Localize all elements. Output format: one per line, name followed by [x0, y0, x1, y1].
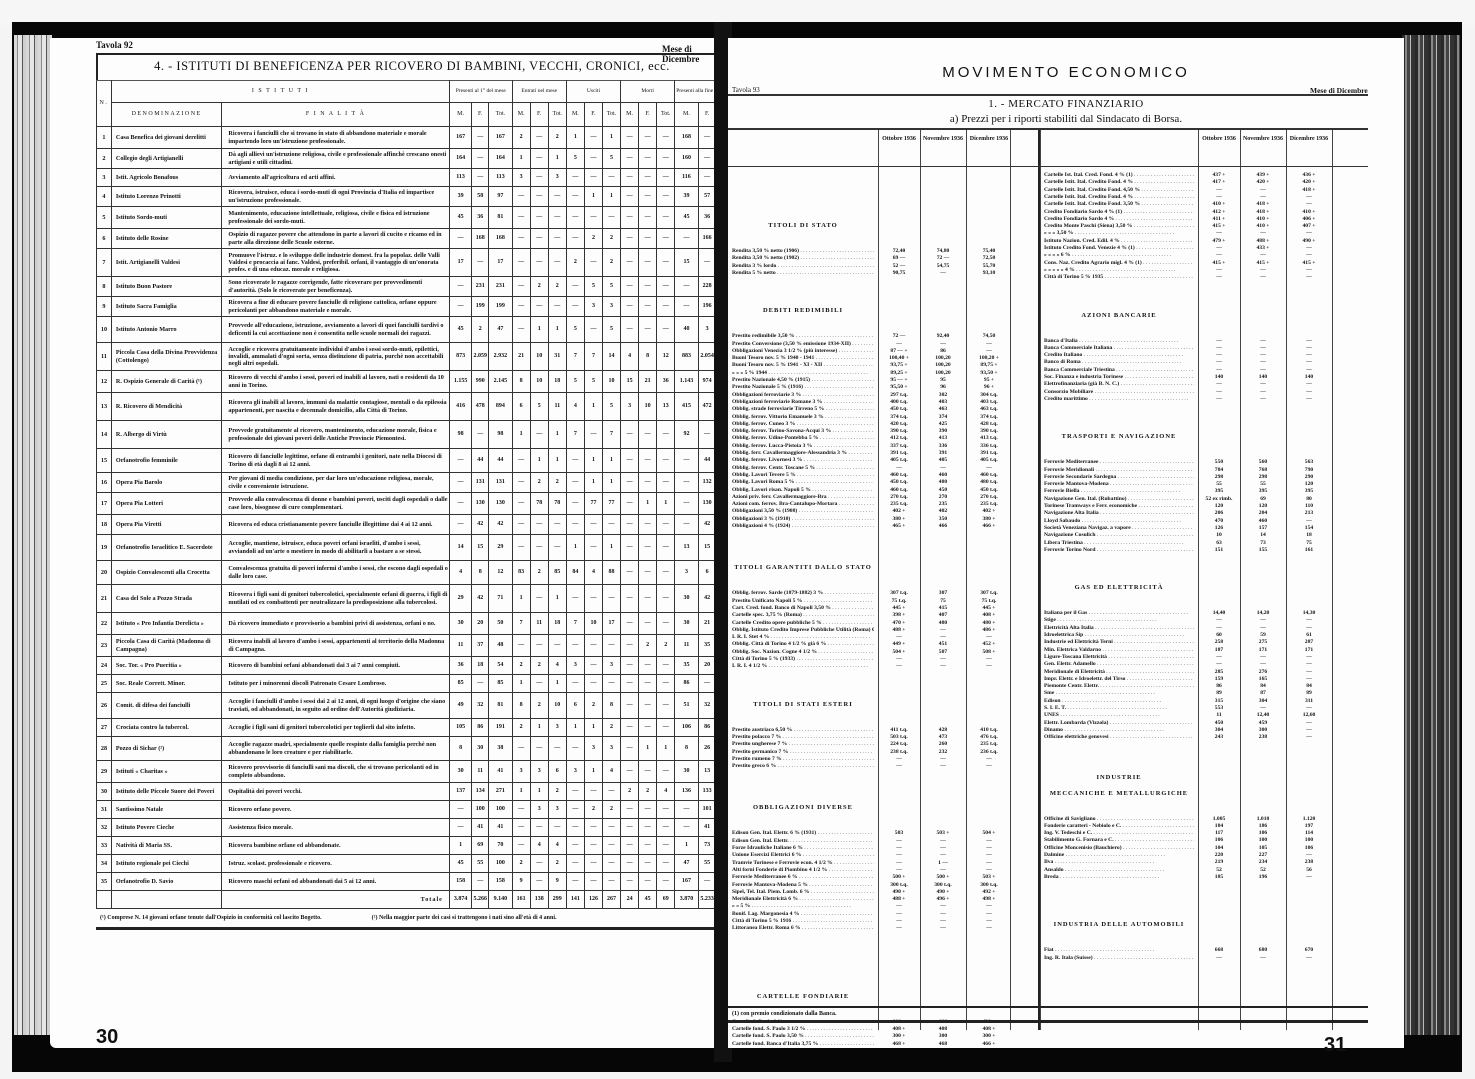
count-cell: 1: [548, 317, 566, 343]
total-cell: 5.266: [472, 891, 489, 909]
price-value: 95 — +: [878, 377, 920, 384]
count-cell: —: [657, 855, 675, 873]
footnotes: (¹) Comprese N. 14 giovani orfane tenute…: [96, 909, 726, 930]
count-cell: 4: [566, 393, 584, 421]
count-cell: —: [566, 819, 584, 837]
count-cell: 38: [489, 737, 512, 761]
count-cell: 2: [548, 127, 566, 149]
price-value: 11: [1198, 712, 1240, 719]
row-number: 33: [97, 837, 112, 855]
security-row: Ing. R. Itala (Suisse)———: [1044, 955, 1332, 963]
count-cell: —: [566, 737, 584, 761]
table-row: 16Opera Pia BaroloPer giovani di media c…: [97, 473, 736, 493]
price-value: —: [878, 663, 920, 670]
count-cell: 271: [489, 783, 512, 801]
institute-name: Piccola Casa della Divina Provvidenza (C…: [111, 343, 222, 371]
price-value: 488 +: [878, 896, 920, 903]
price-value: 466 +: [966, 523, 1012, 530]
count-cell: —: [621, 473, 639, 493]
price-value: 450 t.q.: [966, 487, 1012, 494]
footnote: (1) con premio condizionato dalla Banca.: [728, 1006, 1368, 1023]
price-value: 285: [1198, 669, 1240, 676]
institute-purpose: Convalescenza gratuita di poveri infermi…: [222, 561, 450, 585]
count-cell: 191: [489, 719, 512, 737]
price-value: 270 t.q.: [966, 494, 1012, 501]
price-value: 418 +: [1286, 187, 1332, 194]
count-cell: 199: [489, 297, 512, 317]
table-row: 1Casa Benefica dei giovani derelittiRico…: [97, 127, 736, 149]
page-edges-right: [1402, 35, 1460, 1035]
count-cell: —: [657, 249, 675, 277]
count-cell: 8: [512, 371, 530, 393]
count-cell: 4: [548, 837, 566, 855]
price-value: —: [1198, 359, 1240, 366]
section-heading: INDUSTRIA DELLE AUTOMOBILI: [1044, 921, 1194, 928]
count-cell: —: [530, 297, 548, 317]
count-cell: —: [472, 149, 489, 169]
price-value: 52 ex rimb.: [1198, 496, 1240, 503]
security-name: Prestito polacco 7 %: [732, 734, 874, 741]
count-cell: —: [657, 297, 675, 317]
price-value: 418 +: [1240, 201, 1286, 208]
price-value: —: [966, 838, 1012, 845]
price-value: 165: [1240, 676, 1286, 683]
count-cell: 36: [472, 207, 489, 229]
security-name: Officine elettriche genovesi: [1044, 734, 1194, 741]
total-cell: 267: [602, 891, 620, 909]
price-value: 304 t.q.: [966, 392, 1012, 399]
price-value: —: [1198, 274, 1240, 281]
count-cell: —: [639, 693, 657, 719]
count-cell: —: [657, 421, 675, 449]
count-cell: 2: [602, 249, 620, 277]
count-cell: 5: [584, 371, 602, 393]
count-cell: —: [584, 149, 602, 169]
count-cell: 2: [530, 277, 548, 297]
price-value: 466 +: [966, 1041, 1012, 1048]
price-value: —: [920, 911, 966, 918]
count-cell: 1: [512, 585, 530, 613]
count-cell: —: [639, 837, 657, 855]
total-cell: 141: [566, 891, 584, 909]
count-cell: 41: [489, 761, 512, 783]
price-value: 114: [1286, 830, 1332, 837]
price-value: 300: [1240, 727, 1286, 734]
count-cell: 58: [472, 187, 489, 207]
price-value: 234: [1240, 859, 1286, 866]
price-value: —: [966, 903, 1012, 910]
price-value: —: [966, 348, 1012, 355]
security-name: Elettricità Alta Italia: [1044, 625, 1194, 632]
count-cell: 8: [639, 343, 657, 371]
count-cell: 3: [548, 169, 566, 187]
security-name: Obblig. ferrov. Cuneo 3 %: [732, 421, 874, 428]
price-value: 460 t.q.: [966, 472, 1012, 479]
price-value: 480: [920, 620, 966, 627]
price-value: 287: [1286, 639, 1332, 646]
price-value: 408 +: [878, 1026, 920, 1033]
institute-purpose: Ricovera inabili al lavoro d'ambo i sess…: [222, 635, 450, 657]
price-value: 304: [1240, 698, 1286, 705]
count-cell: —: [621, 229, 639, 249]
table-row: 14R. Albergo di VirtùProvvede gratuitame…: [97, 421, 736, 449]
price-value: —: [1240, 194, 1286, 201]
price-value: —: [878, 925, 920, 932]
price-value: 439 +: [1240, 172, 1286, 179]
security-name: Ferrovie Biella: [1044, 488, 1194, 495]
price-value: 413 t.q.: [966, 435, 1012, 442]
price-value: 563: [1286, 459, 1332, 466]
count-cell: —: [602, 207, 620, 229]
count-cell: 134: [472, 783, 489, 801]
count-cell: —: [639, 473, 657, 493]
price-value: 445 +: [966, 605, 1012, 612]
count-cell: —: [530, 169, 548, 187]
count-cell: —: [621, 277, 639, 297]
count-cell: —: [657, 277, 675, 297]
price-value: —: [966, 918, 1012, 925]
section-heading: MECCANICHE E METALLURGICHE: [1044, 790, 1194, 797]
price-value: —: [966, 663, 1012, 670]
price-value: 80: [1286, 496, 1332, 503]
count-cell: 78: [548, 493, 566, 515]
count-cell: 113: [449, 169, 471, 187]
price-value: —: [1198, 187, 1240, 194]
price-value: 413: [920, 435, 966, 442]
price-value: —: [1198, 625, 1240, 632]
price-value: 411 t.q.: [878, 727, 920, 734]
price-value: 450 t.q.: [878, 479, 920, 486]
price-value: 407: [920, 612, 966, 619]
price-value: 93,10: [966, 270, 1012, 277]
row-number: 7: [97, 249, 112, 277]
count-cell: —: [621, 819, 639, 837]
security-name: Obbligazioni ferroviarie 3 %: [732, 392, 874, 399]
institute-name: Orfanotrofio D. Savio: [111, 873, 222, 891]
price-value: 504 +: [966, 830, 1012, 837]
count-cell: 41: [472, 819, 489, 837]
institute-purpose: Ricovero di fanciulle legittime, orfane …: [222, 449, 450, 473]
institute-name: Istituto « Pro Infantia Derelicta »: [111, 613, 222, 635]
security-name: Edison Gen. Ital. Elettr. 6 % (1931): [732, 830, 874, 837]
count-cell: —: [566, 297, 584, 317]
price-value: 398 +: [878, 612, 920, 619]
institute-name: Crociata contro la tubercol.: [111, 719, 222, 737]
institute-purpose: Istruz. scolast. professionale e ricover…: [222, 855, 450, 873]
count-cell: 37: [472, 635, 489, 657]
price-value: —: [1198, 654, 1240, 661]
security-name: Obblig. ferrov. Livornesi 3 %: [732, 457, 874, 464]
institute-name: Soc. Tor. « Pro Pueritia »: [111, 657, 222, 675]
count-cell: 14: [449, 535, 471, 561]
total-cell: 299: [548, 891, 566, 909]
count-cell: —: [639, 187, 657, 207]
price-value: —: [1286, 625, 1332, 632]
price-value: —: [1240, 617, 1286, 624]
count-cell: 6: [566, 693, 584, 719]
count-cell: —: [657, 819, 675, 837]
price-value: 300 t.q.: [878, 882, 920, 889]
table-row: 7Istit. Artigianelli ValdesiPromuove l'i…: [97, 249, 736, 277]
security-name: » » » 5 % 1944: [732, 370, 874, 377]
spacer: [111, 891, 222, 909]
count-cell: 2: [639, 783, 657, 801]
count-cell: 17: [602, 613, 620, 635]
row-number: 35: [97, 873, 112, 891]
institute-name: Istituto Lorenzo Prinotti: [111, 187, 222, 207]
count-cell: 11: [472, 761, 489, 783]
row-number: 2: [97, 149, 112, 169]
row-number: 21: [97, 585, 112, 613]
institute-name: Istituto regionale pei Ciechi: [111, 855, 222, 873]
count-cell: —: [548, 297, 566, 317]
count-cell: —: [639, 819, 657, 837]
col-sub: Tot.: [548, 103, 566, 127]
count-cell: —: [639, 801, 657, 819]
count-cell: —: [621, 149, 639, 169]
security-name: Obblig. ferrov. Lucca-Pistoia 3 %: [732, 443, 874, 450]
security-name: Obblig. Lavori Tevere 5 %: [732, 472, 874, 479]
row-number: 15: [97, 449, 112, 473]
security-name: Ferrovie Secondarie Sardegna: [1044, 474, 1194, 481]
count-cell: 20: [472, 613, 489, 635]
count-cell: —: [621, 207, 639, 229]
security-name: Obblig. ferrov. Torino-Savona-Acqui 3 %: [732, 428, 874, 435]
security-name: Prestito Nazionale 4,50 % (1915): [732, 377, 874, 384]
institute-purpose: Sono ricoverate le ragazze corrigende, f…: [222, 277, 450, 297]
count-cell: 164: [489, 149, 512, 169]
column-divider: [1332, 130, 1333, 1030]
count-cell: —: [566, 229, 584, 249]
total-row: Totale3.8745.2669.1401611382991411262672…: [97, 891, 736, 909]
price-value: —: [1286, 617, 1332, 624]
col-sub: F.: [639, 103, 657, 127]
price-value: 95,50 +: [878, 384, 920, 391]
security-name: Cartelle fond. S. Paolo 3,50 %: [732, 1033, 874, 1040]
count-cell: 51: [675, 693, 698, 719]
count-cell: 40: [675, 317, 698, 343]
price-value: —: [1198, 252, 1240, 259]
price-value: 186: [1240, 823, 1286, 830]
count-cell: —: [602, 837, 620, 855]
count-cell: 137: [449, 783, 471, 801]
security-name: Tramvie Torinese e Ferrovie econ. 4 1/2 …: [732, 860, 874, 867]
price-value: 307: [920, 590, 966, 597]
count-cell: 1: [548, 149, 566, 169]
count-cell: —: [449, 493, 471, 515]
institute-purpose: Mantenimento, educazione intellettuale, …: [222, 207, 450, 229]
count-cell: 35: [675, 657, 698, 675]
count-cell: 1: [584, 719, 602, 737]
security-name: Istituto Credito Fond. Venezie 4 % (1): [1044, 245, 1194, 252]
count-cell: —: [512, 229, 530, 249]
price-value: 405: [920, 457, 966, 464]
count-cell: —: [675, 493, 698, 515]
count-cell: 1: [602, 473, 620, 493]
count-cell: 44: [472, 449, 489, 473]
security-name: Cartelle Istit. Ital. Credito Fond. 3,50…: [1044, 201, 1194, 208]
table-title: 4. - ISTITUTI DI BENEFICENZA PER RICOVER…: [96, 53, 726, 80]
price-value: 93,75 +: [878, 362, 920, 369]
price-value: 155: [1240, 547, 1286, 554]
security-name: Gen. Elettr. Adamello: [1044, 661, 1194, 668]
price-value: 374: [920, 414, 966, 421]
count-cell: 2: [584, 229, 602, 249]
price-value: —: [1240, 705, 1286, 712]
price-value: —: [1198, 245, 1240, 252]
price-value: 56: [1286, 867, 1332, 874]
count-cell: —: [639, 249, 657, 277]
count-cell: —: [472, 127, 489, 149]
price-value: 410 +: [1240, 223, 1286, 230]
price-value: —: [1198, 955, 1240, 962]
price-value: 402 +: [966, 508, 1012, 515]
count-cell: 4: [530, 837, 548, 855]
price-value: —: [1240, 654, 1286, 661]
price-value: 390: [920, 428, 966, 435]
price-value: —: [1286, 654, 1332, 661]
price-value: 12,60: [1286, 712, 1332, 719]
price-value: —: [1240, 367, 1286, 374]
security-name: Industrie ed Elettricità Terni: [1044, 639, 1194, 646]
count-cell: —: [566, 187, 584, 207]
row-number: 22: [97, 613, 112, 635]
page-edges-left: [14, 35, 52, 1035]
price-value: —: [920, 852, 966, 859]
price-value: 100,40 +: [878, 355, 920, 362]
price-value: 140: [1286, 374, 1332, 381]
table-number: Tavola 92: [96, 40, 133, 50]
price-value: 408: [920, 1026, 966, 1033]
page-number: 30: [96, 1026, 118, 1049]
count-cell: —: [621, 187, 639, 207]
count-cell: —: [530, 535, 548, 561]
institute-name: Ospizio Convalescenti alla Crocetta: [111, 561, 222, 585]
price-value: —: [1240, 389, 1286, 396]
count-cell: 1.143: [675, 371, 698, 393]
count-cell: 2: [530, 693, 548, 719]
count-cell: —: [639, 585, 657, 613]
price-value: 768: [1240, 467, 1286, 474]
table-row: 15Orfanotrofio femminileRicovero di fanc…: [97, 449, 736, 473]
count-cell: —: [512, 515, 530, 535]
count-cell: 10: [584, 613, 602, 635]
price-value: —: [966, 867, 1012, 874]
price-value: 75: [920, 598, 966, 605]
price-value: —: [1198, 230, 1240, 237]
price-value: 490 +: [878, 889, 920, 896]
count-cell: 1: [530, 719, 548, 737]
institute-purpose: Ospitalità dei poveri vecchi.: [222, 783, 450, 801]
table-row: 21Casa del Sole a Pozzo StradaRicovera i…: [97, 585, 736, 613]
price-value: 1.010: [1240, 816, 1286, 823]
count-cell: 1: [639, 737, 657, 761]
count-cell: —: [602, 675, 620, 693]
price-value: 315: [1198, 698, 1240, 705]
section-heading: TITOLI DI STATI ESTERI: [732, 701, 874, 708]
price-value: 463 t.q.: [966, 406, 1012, 413]
price-value: 232: [920, 749, 966, 756]
security-name: Ferrovie Torino Nord: [1044, 547, 1194, 554]
price-value: 297 t.q.: [878, 392, 920, 399]
count-cell: 81: [489, 207, 512, 229]
count-cell: 1: [512, 149, 530, 169]
count-cell: 45: [449, 317, 471, 343]
count-cell: 7: [566, 421, 584, 449]
price-value: 300 t.q.: [966, 882, 1012, 889]
security-name: Cart. Cred. fond. Banco di Napoli 3,50 %: [732, 605, 874, 612]
count-cell: —: [639, 873, 657, 891]
count-cell: 1: [657, 493, 675, 515]
institute-purpose: Ricovera ed educa cristianamente povere …: [222, 515, 450, 535]
security-name: Obblig. Città di Torino 4 1/2 % già 6 %: [732, 641, 874, 648]
count-cell: 44: [489, 449, 512, 473]
count-cell: 78: [530, 493, 548, 515]
count-cell: —: [584, 635, 602, 657]
month-column-header: Dicembre 1936: [1286, 136, 1332, 143]
price-value: 428: [920, 727, 966, 734]
count-cell: —: [639, 535, 657, 561]
price-value: —: [878, 763, 920, 770]
count-cell: —: [566, 783, 584, 801]
price-value: —: [966, 756, 1012, 763]
count-cell: 164: [449, 149, 471, 169]
count-cell: 5: [584, 277, 602, 297]
price-value: 117: [1198, 830, 1240, 837]
institute-purpose: Accoglie i fanciulli d'ambo i sessi dai …: [222, 693, 450, 719]
count-cell: —: [584, 675, 602, 693]
security-name: Prestito greco 6 %: [732, 763, 874, 770]
price-value: 402 +: [878, 508, 920, 515]
count-cell: —: [639, 657, 657, 675]
count-cell: 2: [584, 801, 602, 819]
price-value: —: [1286, 274, 1332, 281]
count-cell: —: [548, 737, 566, 761]
count-cell: 15: [675, 249, 698, 277]
price-value: 425: [920, 421, 966, 428]
price-value: 488 +: [878, 627, 920, 634]
price-value: 93,50 +: [966, 370, 1012, 377]
price-value: 298: [1198, 474, 1240, 481]
price-value: 407 +: [1286, 223, 1332, 230]
price-value: 466: [920, 523, 966, 530]
count-cell: —: [657, 229, 675, 249]
count-cell: 5: [566, 317, 584, 343]
table-row: 2Collegio degli ArtigianelliDà agli alli…: [97, 149, 736, 169]
price-value: 95 +: [966, 377, 1012, 384]
security-name: Rendita 3,50 % netto (1902): [732, 255, 874, 262]
count-cell: 136: [675, 783, 698, 801]
price-value: 459: [1240, 720, 1286, 727]
price-value: 395: [1198, 488, 1240, 495]
institute-name: Istituto Povere Cieche: [111, 819, 222, 837]
count-cell: 30: [472, 737, 489, 761]
count-cell: —: [566, 635, 584, 657]
footnote-2: (²) Nella maggior parte dei casi si trat…: [372, 915, 557, 921]
security-name: Bonif. Lag. Margonesia 4 %: [732, 911, 874, 918]
count-cell: —: [621, 801, 639, 819]
total-cell: 138: [530, 891, 548, 909]
security-name: Prestito Conversione (3,50 % emissione 1…: [732, 341, 874, 348]
institute-purpose: Ricovero orfane povere.: [222, 801, 450, 819]
count-cell: 2: [602, 229, 620, 249]
price-value: —: [1198, 396, 1240, 403]
price-value: —: [1286, 676, 1332, 683]
institute-name: Collegio degli Artigianelli: [111, 149, 222, 169]
count-cell: 18: [548, 613, 566, 635]
price-value: 1 —: [920, 860, 966, 867]
institute-name: Pozzo di Sichar (²): [111, 737, 222, 761]
